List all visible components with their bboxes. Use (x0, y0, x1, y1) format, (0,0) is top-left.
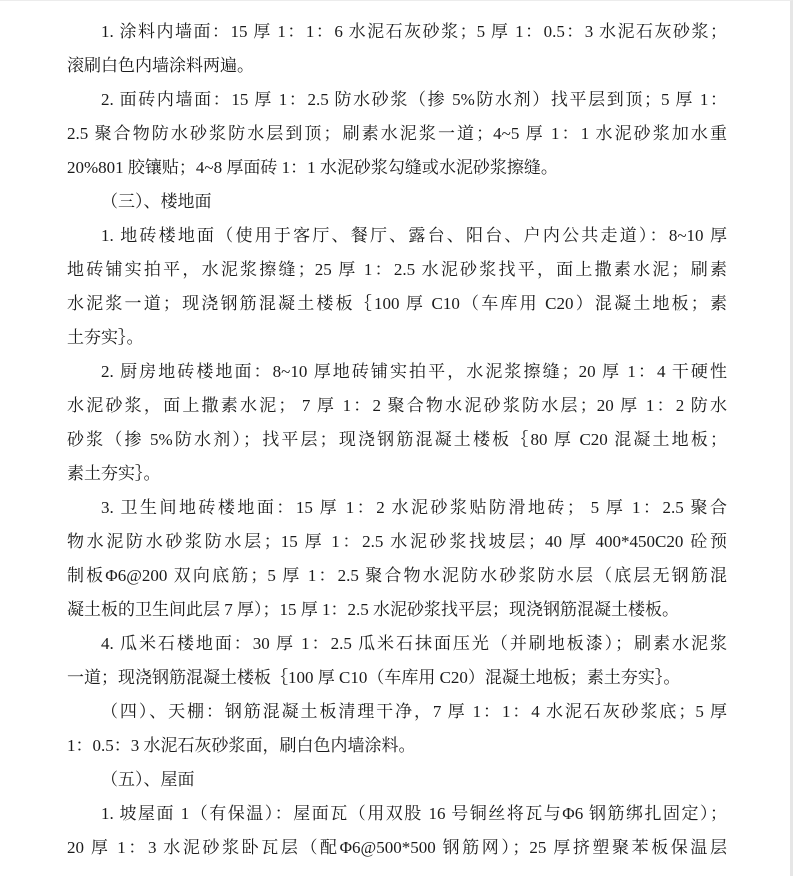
text-line: 3. 卫生间地砖楼地面：15 厚 1：2 水泥砂浆贴防滑地砖； 5 厚 1：2.… (67, 491, 727, 525)
text-line: 一道；现浇钢筋混凝土楼板｛100 厚 C10（车库用 C20）混凝土地板；素土夯… (67, 661, 727, 695)
section-heading-floors: （三）、楼地面 (67, 185, 727, 219)
text-line: 地砖铺实拍平，水泥浆擦缝；25 厚 1：2.5 水泥砂浆找平，面上撒素水泥；刷素 (67, 253, 727, 287)
heading-text: （五）、屋面 (67, 763, 727, 797)
text-line: 物水泥防水砂浆防水层；15 厚 1：2.5 水泥砂浆找坡层；40 厚 400*4… (67, 525, 727, 559)
text-line: 1. 坡屋面 1（有保温）：屋面瓦（用双股 16 号铜丝将瓦与Φ6 钢筋绑扎固定… (67, 797, 727, 831)
document-body: 1. 涂料内墙面：15 厚 1：1：6 水泥石灰砂浆；5 厚 1：0.5：3 水… (67, 15, 727, 865)
text-line: 水泥浆一道；现浇钢筋混凝土楼板｛100 厚 C10（车库用 C20）混凝土地板；… (67, 287, 727, 321)
paragraph-tile-floor: 1. 地砖楼地面（使用于客厅、餐厅、露台、阳台、户内公共走道）：8~10 厚 地… (67, 219, 727, 355)
text-line: 水泥砂浆，面上撒素水泥； 7 厚 1：2 聚合物水泥砂浆防水层；20 厚 1：2… (67, 389, 727, 423)
paragraph-pitched-roof: 1. 坡屋面 1（有保温）：屋面瓦（用双股 16 号铜丝将瓦与Φ6 钢筋绑扎固定… (67, 797, 727, 865)
paragraph-interior-wall-paint: 1. 涂料内墙面：15 厚 1：1：6 水泥石灰砂浆；5 厚 1：0.5：3 水… (67, 15, 727, 83)
text-line: 土夯实｝。 (67, 321, 727, 355)
section-heading-roof: （五）、屋面 (67, 763, 727, 797)
paragraph-kitchen-floor: 2. 厨房地砖楼地面：8~10 厚地砖铺实拍平，水泥浆擦缝；20 厚 1：4 干… (67, 355, 727, 491)
text-line: （四）、天棚：钢筋混凝土板清理干净，7 厚 1：1：4 水泥石灰砂浆底；5 厚 (67, 695, 727, 729)
text-line: 凝土板的卫生间此层 7 厚）；15 厚 1：2.5 水泥砂浆找平层；现浇钢筋混凝… (67, 593, 727, 627)
text-line: 2.5 聚合物防水砂浆防水层到顶；刷素水泥浆一道；4~5 厚 1：1 水泥砂浆加… (67, 117, 727, 151)
document-page: 1. 涂料内墙面：15 厚 1：1：6 水泥石灰砂浆；5 厚 1：0.5：3 水… (0, 0, 793, 876)
paragraph-bathroom-floor: 3. 卫生间地砖楼地面：15 厚 1：2 水泥砂浆贴防滑地砖； 5 厚 1：2.… (67, 491, 727, 627)
text-line: 1. 地砖楼地面（使用于客厅、餐厅、露台、阳台、户内公共走道）：8~10 厚 (67, 219, 727, 253)
paragraph-ceiling: （四）、天棚：钢筋混凝土板清理干净，7 厚 1：1：4 水泥石灰砂浆底；5 厚 … (67, 695, 727, 763)
text-line: 滚刷白色内墙涂料两遍。 (67, 49, 727, 83)
text-line: 制板Φ6@200 双向底筋；5 厚 1：2.5 聚合物水泥防水砂浆防水层（底层无… (67, 559, 727, 593)
text-line: 素土夯实｝。 (67, 457, 727, 491)
paragraph-interior-wall-tile: 2. 面砖内墙面：15 厚 1：2.5 防水砂浆（掺 5%防水剂）找平层到顶；5… (67, 83, 727, 185)
paragraph-terrazzo-floor: 4. 瓜米石楼地面：30 厚 1：2.5 瓜米石抹面压光（并刷地板漆）；刷素水泥… (67, 627, 727, 695)
text-line: 1. 涂料内墙面：15 厚 1：1：6 水泥石灰砂浆；5 厚 1：0.5：3 水… (67, 15, 727, 49)
text-line: 20 厚 1：3 水泥砂浆卧瓦层（配Φ6@500*500 钢筋网）；25 厚挤塑… (67, 831, 727, 865)
text-line: 2. 面砖内墙面：15 厚 1：2.5 防水砂浆（掺 5%防水剂）找平层到顶；5… (67, 83, 727, 117)
text-line: 砂浆（掺 5%防水剂）；找平层；现浇钢筋混凝土楼板｛80 厚 C20 混凝土地板… (67, 423, 727, 457)
text-line: 1：0.5：3 水泥石灰砂浆面，刷白色内墙涂料。 (67, 729, 727, 763)
text-line: 4. 瓜米石楼地面：30 厚 1：2.5 瓜米石抹面压光（并刷地板漆）；刷素水泥… (67, 627, 727, 661)
heading-text: （三）、楼地面 (67, 185, 727, 219)
text-line: 2. 厨房地砖楼地面：8~10 厚地砖铺实拍平，水泥浆擦缝；20 厚 1：4 干… (67, 355, 727, 389)
text-line: 20%801 胶镶贴；4~8 厚面砖 1：1 水泥砂浆勾缝或水泥砂浆擦缝。 (67, 151, 727, 185)
